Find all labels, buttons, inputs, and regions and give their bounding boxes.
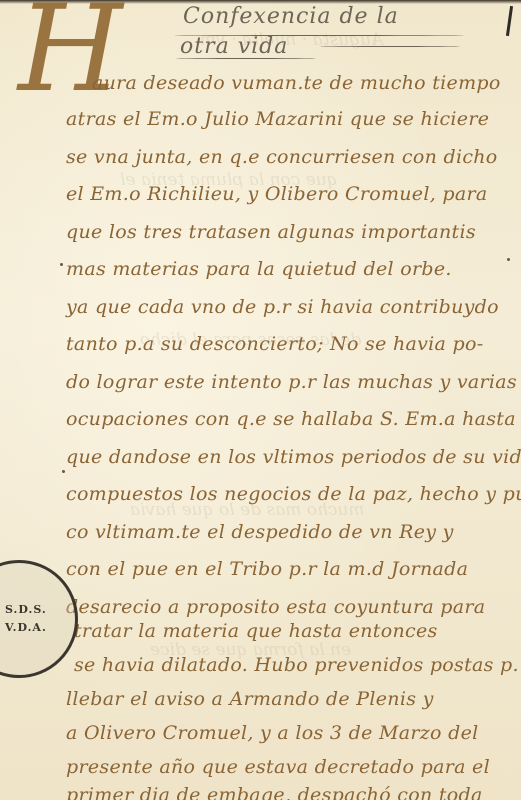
manuscript-line: se havia dilatado. Hubo prevenidos posta… [74,654,519,676]
manuscript-line: primer dia de embage, despachó con toda [66,784,483,800]
manuscript-line: que los tres tratasen algunas importanti… [66,221,476,243]
ink-dot [60,263,63,266]
manuscript-line: que dandose en los vltimos periodos de s… [66,446,521,468]
manuscript-line: llebar el aviso a Armando de Plenis y [66,688,434,710]
heading-underline [320,46,460,47]
margin-mark [506,6,513,36]
manuscript-line: do lograr este intento p.r las muchas y … [66,371,517,393]
manuscript-line: ya que cada vno de p.r si havia contribu… [66,296,499,318]
manuscript-line: tratar la materia que hasta entonces [74,620,438,642]
manuscript-line: a Olivero Cromuel, y a los 3 de Marzo de… [66,722,479,744]
manuscript-line: aura deseado vuman.te de mucho tiempo [92,72,501,94]
manuscript-line: con el pue en el Tribo p.r la m.d Jornad… [66,558,468,580]
manuscript-line: se vna junta, en q.e concurriesen con di… [66,146,498,168]
manuscript-line: presente año que estava decretado para e… [66,756,490,778]
heading-underline [176,58,316,59]
manuscript-line: tanto p.a su desconcierto; No se havia p… [66,333,483,355]
manuscript-line: co vltimam.te el despedido de vn Rey y [66,521,454,543]
stamp-text-line-1: S.D.S. [5,603,47,616]
ink-dot [62,470,65,473]
manuscript-line: desarecio a proposito esta coyuntura par… [66,596,485,618]
manuscript-page: Augusta · nuelta · vm que con la pluma t… [0,0,521,800]
heading-line-2: otra vida [180,34,288,59]
manuscript-line: el Em.o Richilieu, y Olibero Cromuel, pa… [66,183,488,205]
manuscript-line: compuestos los negocios de la paz, hecho… [66,483,521,505]
stamp-text-line-2: V.D.A. [5,621,47,634]
manuscript-line: mas materias para la quietud del orbe. [66,258,452,280]
ink-dot [507,258,510,261]
manuscript-line: atras el Em.o Julio Mazarini que se hici… [66,108,489,130]
heading-line-1: Confexencia de la [183,4,399,29]
manuscript-line: ocupaciones con q.e se hallaba S. Em.a h… [66,408,516,430]
